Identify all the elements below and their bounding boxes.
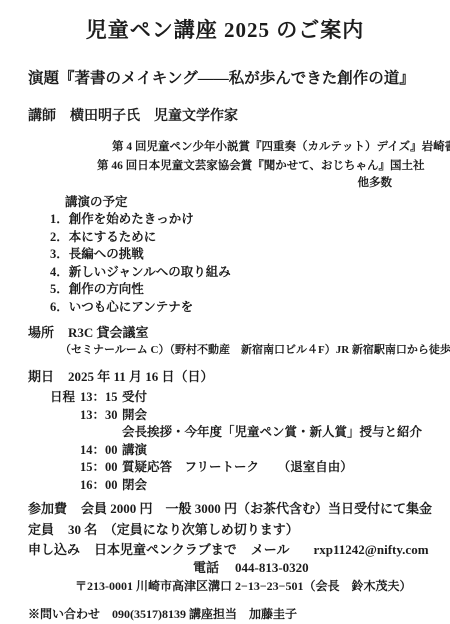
venue-line: 場所R3C 貸会議室 — [28, 324, 422, 341]
date-line: 期日2025 年 11 月 16 日（日） — [28, 368, 422, 385]
application-recipient: 日本児童ペンクラブまで — [94, 541, 237, 558]
schedule-row: 16：00閉会 — [50, 477, 422, 495]
phone-line: 電話044-813-0320 — [193, 559, 422, 576]
capacity-value: 30 名 （定員になり次第しめ切ります） — [68, 522, 299, 537]
venue-name: R3C 貸会議室 — [68, 325, 149, 340]
email-address: rxp11242@nifty.com — [314, 542, 429, 557]
flyer-page: 児童ペン講座 2025 のご案内 演題『著書のメイキング――私が歩んできた創作の… — [0, 0, 450, 624]
agenda-item: 2．本にするために — [50, 229, 422, 247]
date-label: 期日 — [28, 368, 54, 385]
agenda-item: 1．創作を始めたきっかけ — [50, 211, 422, 229]
inquiry-line: ※問い合わせ 090(3517)8139 講座担当 加藤圭子 — [28, 606, 422, 622]
agenda-item: 3．長編への挑戦 — [50, 246, 422, 264]
schedule-label: 日程 — [50, 389, 80, 407]
award-item: 第 46 回日本児童文芸家協会賞『聞かせて、おじちゃん』国土社 — [97, 157, 422, 176]
agenda-list: 1．創作を始めたきっかけ 2．本にするために 3．長編への挑戦 4．新しいジャン… — [28, 211, 422, 316]
fee-label: 参加費 — [28, 500, 67, 517]
application-label: 申し込み — [28, 541, 80, 558]
postal-address: 〒213-0001 川崎市高津区溝口 2−13−23−501（会長 鈴木茂夫） — [75, 578, 422, 594]
schedule-event: 会長挨拶・今年度「児童ペン賞・新人賞」授与と紹介 — [122, 425, 422, 439]
schedule-time: 13：15 — [80, 389, 122, 407]
capacity-label: 定員 — [28, 521, 54, 538]
email-label: メール — [251, 541, 290, 558]
agenda-heading: 講演の予定 — [65, 194, 422, 211]
awards-more: 他多数 — [28, 175, 422, 192]
date-value: 2025 年 11 月 16 日（日） — [68, 369, 214, 384]
awards-list: 第 4 回児童ペン少年小説賞『四重奏（カルテット）デイズ』岩崎書店 第 46 回… — [28, 138, 422, 175]
page-title: 児童ペン講座 2025 のご案内 — [28, 16, 422, 44]
schedule-row: 13：30開会 — [50, 407, 422, 425]
schedule-event: 閉会 — [122, 478, 147, 492]
schedule-row: 日程13：15受付 — [50, 389, 422, 407]
lecturer-line: 講師 横田明子氏 児童文学作家 — [28, 107, 422, 126]
schedule-time: 13：30 — [80, 407, 122, 425]
fee-line: 参加費会員 2000 円 一般 3000 円（お茶代含む）当日受付にて集金 — [28, 500, 422, 517]
agenda-item: 4．新しいジャンルへの取り組み — [50, 264, 422, 282]
fee-value: 会員 2000 円 一般 3000 円（お茶代含む）当日受付にて集金 — [81, 501, 432, 516]
venue-label: 場所 — [28, 324, 54, 341]
schedule-event: 質疑応答 フリートーク （退室自由） — [122, 460, 353, 474]
schedule-block: 日程13：15受付 13：30開会 会長挨拶・今年度「児童ペン賞・新人賞」授与と… — [50, 389, 422, 494]
schedule-event: 講演 — [122, 443, 147, 457]
agenda-item: 6．いつも心にアンテナを — [50, 299, 422, 317]
lecture-topic: 演題『著書のメイキング――私が歩んできた創作の道』 — [28, 68, 422, 89]
schedule-row: 会長挨拶・今年度「児童ペン賞・新人賞」授与と紹介 — [50, 424, 422, 442]
agenda-item: 5．創作の方向性 — [50, 281, 422, 299]
capacity-line: 定員30 名 （定員になり次第しめ切ります） — [28, 521, 422, 538]
application-line: 申し込み日本児童ペンクラブまでメールrxp11242@nifty.com — [28, 541, 422, 558]
schedule-time: 14：00 — [80, 442, 122, 460]
award-item: 第 4 回児童ペン少年小説賞『四重奏（カルテット）デイズ』岩崎書店 — [112, 138, 422, 157]
schedule-time: 16：00 — [80, 477, 122, 495]
venue-detail: （セミナールーム C）（野村不動産 新宿南口ビル４F）JR 新宿駅南口から徒歩３… — [60, 343, 422, 358]
schedule-time: 15：00 — [80, 459, 122, 477]
schedule-row: 14：00講演 — [50, 442, 422, 460]
phone-number: 044-813-0320 — [235, 560, 309, 575]
schedule-row: 15：00質疑応答 フリートーク （退室自由） — [50, 459, 422, 477]
schedule-event: 受付 — [122, 390, 147, 404]
phone-label: 電話 — [193, 559, 219, 576]
schedule-event: 開会 — [122, 408, 147, 422]
